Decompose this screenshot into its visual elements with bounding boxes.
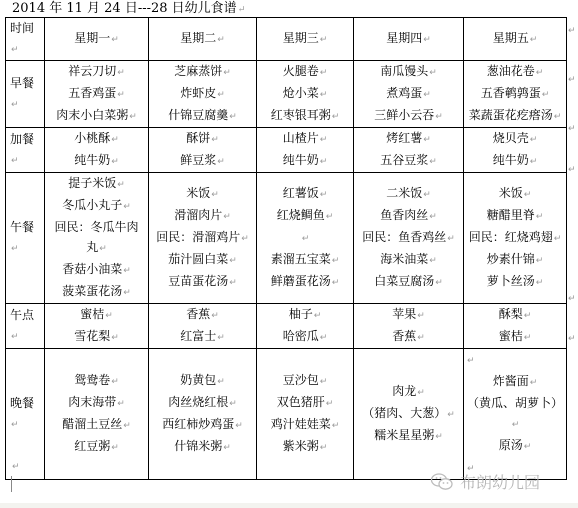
paragraph-mark: ↵ [467, 356, 475, 366]
dish-item: 鱼香肉丝↵ [356, 205, 461, 227]
menu-cell-lunch-wed: 红薯饭↵红烧鲷鱼↵↵素溜五宝菜↵鲜蘑蛋花汤↵ [257, 173, 354, 304]
dish-name: 二米饭 [386, 186, 422, 200]
dish-item: 火腿卷↵ [259, 61, 351, 83]
dish-name: 双色猪肝 [277, 395, 325, 409]
paragraph-mark: ↵ [217, 333, 225, 343]
dish-name: 鲜蘑蛋花汤 [271, 274, 331, 288]
dish-item: 红枣银耳粥↵ [259, 105, 351, 127]
paragraph-mark: ↵ [111, 443, 119, 453]
meal-label: 午点 [10, 308, 34, 322]
dish-name: （黄瓜、胡萝卜） [467, 396, 563, 410]
row-end-mark: ↵ [568, 294, 576, 304]
dish-name: 柚子 [289, 307, 313, 321]
dish-name: 酥饼 [186, 131, 210, 145]
dish-name: 什锦豆腐羹 [168, 108, 228, 122]
dish-item: 素溜五宝菜↵ [259, 249, 351, 271]
dish-name: 肉丝烧红根 [168, 395, 228, 409]
dish-name: 冬瓜小丸子 [62, 198, 122, 212]
paragraph-mark: ↵ [536, 278, 544, 288]
dish-item: 奶黄包↵ [151, 370, 254, 392]
dish-name: 芝麻蒸饼 [174, 64, 222, 78]
menu-cell-afternoon-snack-tue: 香蕉↵红富士↵ [149, 304, 257, 349]
dish-item: 五香鸡蛋↵ [47, 83, 146, 105]
paragraph-mark: ↵ [326, 399, 334, 409]
title-text: 2014 年 11 月 24 日---28 日幼儿食谱 [12, 1, 237, 16]
dish-item: 蜜桔↵ [47, 304, 146, 326]
menu-cell-afternoon-snack-wed: 柚子↵哈密瓜↵ [257, 304, 354, 349]
wechat-icon [430, 472, 454, 492]
dish-name: 纯牛奶 [493, 153, 529, 167]
dish-name: 纯牛奶 [283, 153, 319, 167]
dish-name: 肉龙 [392, 384, 416, 398]
day-header-wed: 星期三↵ [257, 18, 354, 61]
row-end-mark: ↵ [568, 334, 576, 344]
paragraph-mark: ↵ [12, 462, 20, 472]
dish-item: 纯牛奶↵ [466, 150, 564, 172]
dish-name: 酥梨 [499, 307, 523, 321]
paragraph-mark: ↵ [332, 112, 340, 122]
dish-item: 小桃酥↵ [47, 128, 146, 150]
menu-cell-snack-fri: 烧贝壳↵纯牛奶↵ [464, 128, 567, 173]
dish-item: 茄汁圆白菜↵ [151, 249, 254, 271]
dish-name: 蜜桔 [80, 307, 104, 321]
paragraph-mark: ↵ [117, 399, 125, 409]
paragraph-mark: ↵ [217, 157, 225, 167]
meal-row-afternoon-snack: 午点↵蜜桔↵雪花梨↵香蕉↵红富士↵柚子↵哈密瓜↵苹果↵香蕉↵酥梨↵蜜桔↵ [6, 304, 567, 349]
dish-item: 鲜蘑蛋花汤↵ [259, 271, 351, 293]
dish-item: 萝卜丝汤↵ [466, 271, 564, 293]
paragraph-mark: ↵ [423, 190, 431, 200]
menu-cell-lunch-mon: 提子米饭↵冬瓜小丸子↵回民：冬瓜牛肉丸↵香菇小油菜↵菠菜蛋花汤↵ [45, 173, 149, 304]
paragraph-mark: ↵ [129, 112, 137, 122]
menu-cell-snack-thu: 烤红薯↵五谷豆浆↵ [354, 128, 464, 173]
menu-cell-dinner-tue: 奶黄包↵肉丝烧红根↵西红柿炒鸡蛋↵什锦米粥↵ [149, 349, 257, 480]
dish-name: 滑溜肉片 [174, 208, 222, 222]
paragraph-mark: ↵ [417, 388, 425, 398]
dish-item: 冬瓜小丸子↵ [47, 195, 146, 217]
menu-cell-breakfast-tue: 芝麻蒸饼↵炸虾皮↵什锦豆腐羹↵ [149, 61, 257, 128]
paragraph-mark: ↵ [241, 234, 249, 244]
paragraph-mark: ↵ [435, 112, 443, 122]
dish-item: 二米饭↵ [356, 183, 461, 205]
menu-cell-breakfast-fri: 葱油花卷↵五香鹌鹑蛋↵菜蔬蛋花疙瘩汤↵ [464, 61, 567, 128]
dish-item: ↵ [259, 227, 351, 249]
paragraph-mark: ↵ [536, 212, 544, 222]
dish-name: 香菇小油菜 [62, 262, 122, 276]
paragraph-mark: ↵ [235, 421, 243, 431]
dish-name: 鸳鸯卷 [74, 373, 110, 387]
dish-name: 回民：滑溜鸡片 [156, 230, 240, 244]
dish-item: 炝小菜↵ [259, 83, 351, 105]
dish-name: 五谷豆浆 [380, 153, 428, 167]
dish-item: 香蕉↵ [151, 304, 254, 326]
dish-item: 香菇小油菜↵ [47, 259, 146, 281]
dish-item: 滑溜肉片↵ [151, 205, 254, 227]
dish-item: （猪肉、大葱）↵ [356, 403, 461, 425]
paragraph-mark: ↵ [447, 410, 455, 420]
dish-item: 南瓜馒头↵ [356, 61, 461, 83]
dish-item: 糯米星星粥↵ [356, 425, 461, 447]
paragraph-mark: ↵ [417, 333, 425, 343]
paragraph-mark: ↵ [320, 68, 328, 78]
paragraph-mark: ↵ [99, 244, 107, 254]
dish-item: 炒素什锦↵ [466, 249, 564, 271]
dish-item: ↵ [466, 349, 564, 371]
paragraph-mark: ↵ [326, 212, 334, 222]
day-label: 星期三 [283, 31, 319, 45]
text-cursor [11, 476, 12, 492]
dish-item: 糖醋里脊↵ [466, 205, 564, 227]
dish-name: 豆沙包 [283, 373, 319, 387]
paragraph-mark: ↵ [11, 45, 19, 55]
row-end-mark: ↵ [568, 165, 576, 175]
paragraph-mark: ↵ [117, 68, 125, 78]
menu-cell-lunch-tue: 米饭↵滑溜肉片↵回民：滑溜鸡片↵茄汁圆白菜↵豆苗蛋花汤↵ [149, 173, 257, 304]
menu-cell-afternoon-snack-fri: 酥梨↵蜜桔↵ [464, 304, 567, 349]
menu-cell-snack-mon: 小桃酥↵纯牛奶↵ [45, 128, 149, 173]
dish-name: 炝小菜 [283, 86, 319, 100]
dish-name: 五香鹌鹑蛋 [481, 86, 541, 100]
dish-item: 三鲜小云吞↵ [356, 105, 461, 127]
paragraph-mark: ↵ [429, 256, 437, 266]
meal-label: 加餐 [10, 132, 34, 146]
dish-name: 炒素什锦 [487, 252, 535, 266]
paragraph-mark: ↵ [332, 421, 340, 431]
dish-name: 烤红薯 [386, 131, 422, 145]
dish-item: 烧贝壳↵ [466, 128, 564, 150]
menu-cell-lunch-thu: 二米饭↵鱼香肉丝↵回民：鱼香鸡丝↵海米油菜↵白菜豆腐汤↵ [354, 173, 464, 304]
paragraph-mark: ↵ [423, 35, 431, 45]
dish-item: 葱油花卷↵ [466, 61, 564, 83]
dish-name: 南瓜馒头 [380, 64, 428, 78]
dish-name: 三鲜小云吞 [374, 108, 434, 122]
dish-name: 萝卜丝汤 [487, 274, 535, 288]
day-header-thu: 星期四↵ [354, 18, 464, 61]
dish-name: 红薯饭 [283, 186, 319, 200]
dish-item: 山楂片↵ [259, 128, 351, 150]
day-header-mon: 星期一↵ [45, 18, 149, 61]
meal-label: 早餐 [10, 76, 34, 90]
meal-row-breakfast: 早餐↵祥云刀切↵五香鸡蛋↵肉末小白菜粥↵芝麻蒸饼↵炸虾皮↵什锦豆腐羹↵火腿卷↵炝… [6, 61, 567, 128]
paragraph-mark: ↵ [217, 90, 225, 100]
dish-item: 醋溜土豆丝↵ [47, 414, 146, 436]
paragraph-mark: ↵ [554, 112, 562, 122]
watermark-text: 布朗幼儿园 [460, 470, 540, 493]
dish-item: 红富士↵ [151, 326, 254, 348]
dish-name: 回民：冬瓜牛肉丸 [54, 220, 138, 254]
paragraph-mark: ↵ [417, 311, 425, 321]
dish-name: 白菜豆腐汤 [374, 274, 434, 288]
menu-cell-dinner-wed: 豆沙包↵双色猪肝↵鸡汁娃娃菜↵紫米粥↵ [257, 349, 354, 480]
menu-table: 时间↵ 星期一↵ 星期二↵ 星期三↵ 星期四↵ 星期五↵ 早餐↵祥云刀切↵五香鸡… [5, 17, 567, 480]
menu-cell-dinner-mon: 鸳鸯卷↵肉末海带↵醋溜土豆丝↵红豆粥↵ [45, 349, 149, 480]
dish-item: 菜蔬蛋花疙瘩汤↵ [466, 105, 564, 127]
paragraph-mark: ↵ [320, 333, 328, 343]
dish-name: 炸虾皮 [180, 86, 216, 100]
dish-name: 鱼香肉丝 [380, 208, 428, 222]
paragraph-mark: ↵ [11, 420, 19, 430]
paragraph-mark: ↵ [554, 234, 562, 244]
dish-item: 芝麻蒸饼↵ [151, 61, 254, 83]
paragraph-mark: ↵ [429, 68, 437, 78]
dish-name: 红富士 [180, 329, 216, 343]
dish-name: 醋溜土豆丝 [62, 417, 122, 431]
dish-item: 柚子↵ [259, 304, 351, 326]
row-end-mark: ↵ [568, 75, 576, 85]
paragraph-mark: ↵ [117, 90, 125, 100]
dish-item: 苹果↵ [356, 304, 461, 326]
dish-item: 雪花梨↵ [47, 326, 146, 348]
menu-cell-breakfast-wed: 火腿卷↵炝小菜↵红枣银耳粥↵ [257, 61, 354, 128]
dish-item: 西红柿炒鸡蛋↵ [151, 414, 254, 436]
dish-name: 鸡汁娃娃菜 [271, 417, 331, 431]
dish-name: 火腿卷 [283, 64, 319, 78]
dish-name: 红烧鲷鱼 [277, 208, 325, 222]
meal-row-dinner: 晚餐↵鸳鸯卷↵肉末海带↵醋溜土豆丝↵红豆粥↵奶黄包↵肉丝烧红根↵西红柿炒鸡蛋↵什… [6, 349, 567, 480]
dish-name: 五香鸡蛋 [68, 86, 116, 100]
dish-name: 原汤 [499, 438, 523, 452]
dish-name: 素溜五宝菜 [271, 252, 331, 266]
dish-name: 香蕉 [186, 307, 210, 321]
meal-label-cell: 早餐↵ [6, 61, 45, 128]
dish-name: 海米油菜 [380, 252, 428, 266]
paragraph-mark: ↵ [447, 234, 455, 244]
paragraph-mark: ↵ [229, 256, 237, 266]
dish-item: 红烧鲷鱼↵ [259, 205, 351, 227]
menu-cell-breakfast-thu: 南瓜馒头↵煮鸡蛋↵三鲜小云吞↵ [354, 61, 464, 128]
dish-item: 米饭↵ [151, 183, 254, 205]
dish-name: 哈密瓜 [283, 329, 319, 343]
dish-name: 雪花梨 [74, 329, 110, 343]
dish-item: 鸡汁娃娃菜↵ [259, 414, 351, 436]
paragraph-mark: ↵ [542, 90, 550, 100]
paragraph-mark: ↵ [123, 288, 131, 298]
dish-name: 提子米饭 [68, 176, 116, 190]
dish-name: 炸酱面 [493, 374, 529, 388]
paragraph-mark: ↵ [111, 377, 119, 387]
paragraph-mark: ↵ [11, 332, 19, 342]
dish-name: 肉末海带 [68, 395, 116, 409]
dish-name: 紫米粥 [283, 439, 319, 453]
dish-name: 豆苗蛋花汤 [168, 274, 228, 288]
dish-item: 原汤↵ [466, 435, 564, 457]
paragraph-mark: ↵ [117, 180, 125, 190]
header-row: 时间↵ 星期一↵ 星期二↵ 星期三↵ 星期四↵ 星期五↵ [6, 18, 567, 61]
paragraph-mark: ↵ [111, 333, 119, 343]
dish-name: 西红柿炒鸡蛋 [162, 417, 234, 431]
dish-name: 糯米星星粥 [374, 428, 434, 442]
menu-cell-snack-tue: 酥饼↵鲜豆浆↵ [149, 128, 257, 173]
menu-cell-afternoon-snack-mon: 蜜桔↵雪花梨↵ [45, 304, 149, 349]
dish-item: 炸虾皮↵ [151, 83, 254, 105]
watermark: 布朗幼儿园 [430, 470, 540, 493]
paragraph-mark: ↵ [320, 157, 328, 167]
time-header-cell: 时间↵ [6, 18, 45, 61]
paragraph-mark: ↵ [536, 256, 544, 266]
dish-item: 红薯饭↵ [259, 183, 351, 205]
dish-item: 什锦米粥↵ [151, 436, 254, 458]
dish-name: 苹果 [392, 307, 416, 321]
paragraph-mark: ↵ [111, 157, 119, 167]
day-label: 星期五 [493, 31, 529, 45]
dish-item: 什锦豆腐羹↵ [151, 105, 254, 127]
paragraph-mark: ↵ [332, 278, 340, 288]
dish-name: 糖醋里脊 [487, 208, 535, 222]
paragraph-mark: ↵ [11, 100, 19, 110]
paragraph-mark: ↵ [217, 377, 225, 387]
dish-item: 肉末小白菜粥↵ [47, 105, 146, 127]
paragraph-mark: ↵ [536, 68, 544, 78]
dish-item: 米饭↵ [466, 183, 564, 205]
dish-item: 红豆粥↵ [47, 436, 146, 458]
meal-label-cell: 午餐↵ [6, 173, 45, 304]
paragraph-mark: ↵ [320, 377, 328, 387]
dish-name: （猪肉、大葱） [362, 406, 446, 420]
paragraph-mark: ↵ [11, 156, 19, 166]
paragraph-mark: ↵ [223, 212, 231, 222]
paragraph-mark: ↵ [238, 5, 246, 15]
paragraph-mark: ↵ [320, 443, 328, 453]
dish-item: 烤红薯↵ [356, 128, 461, 150]
dish-item: 蜜桔↵ [466, 326, 564, 348]
paragraph-mark: ↵ [423, 90, 431, 100]
dish-item: 白菜豆腐汤↵ [356, 271, 461, 293]
paragraph-mark: ↵ [332, 256, 340, 266]
paragraph-mark: ↵ [435, 278, 443, 288]
paragraph-mark: ↵ [524, 190, 532, 200]
meal-label-cell: 晚餐↵ [6, 349, 45, 480]
dish-name: 鲜豆浆 [180, 153, 216, 167]
meal-label: 午餐 [10, 220, 34, 234]
paragraph-mark: ↵ [530, 135, 538, 145]
paragraph-mark: ↵ [111, 135, 119, 145]
paragraph-mark: ↵ [105, 311, 113, 321]
dish-name: 祥云刀切 [68, 64, 116, 78]
paragraph-mark: ↵ [11, 244, 19, 254]
paragraph-mark: ↵ [229, 399, 237, 409]
paragraph-mark: ↵ [524, 311, 532, 321]
dish-name: 菠菜蛋花汤 [62, 284, 122, 298]
dish-name: 山楂片 [283, 131, 319, 145]
time-header-label: 时间 [10, 21, 34, 35]
dish-name: 蜜桔 [499, 329, 523, 343]
paragraph-mark: ↵ [111, 35, 119, 45]
row-end-mark: ↵ [568, 124, 576, 134]
dish-item: 鸳鸯卷↵ [47, 370, 146, 392]
meal-label: 晚餐 [10, 396, 34, 410]
dish-item: 肉龙↵ [356, 381, 461, 403]
paragraph-mark: ↵ [429, 157, 437, 167]
dish-name: 香蕉 [392, 329, 416, 343]
day-header-fri: 星期五↵ [464, 18, 567, 61]
paragraph-mark: ↵ [423, 135, 431, 145]
dish-name: 奶黄包 [180, 373, 216, 387]
dish-name: 米饭 [186, 186, 210, 200]
paragraph-mark: ↵ [530, 157, 538, 167]
dish-item: 炸酱面↵ [466, 371, 564, 393]
day-header-tue: 星期二↵ [149, 18, 257, 61]
paragraph-mark: ↵ [320, 35, 328, 45]
dish-name: 烧贝壳 [493, 131, 529, 145]
paragraph-mark: ↵ [530, 378, 538, 388]
dish-item: 豆苗蛋花汤↵ [151, 271, 254, 293]
dish-item: 酥饼↵ [151, 128, 254, 150]
dish-item: 鲜豆浆↵ [151, 150, 254, 172]
paragraph-mark: ↵ [320, 135, 328, 145]
dish-item: （黄瓜、胡萝卜）↵ [466, 393, 564, 435]
dish-item: 纯牛奶↵ [47, 150, 146, 172]
dish-item: 五香鹌鹑蛋↵ [466, 83, 564, 105]
dish-name: 茄汁圆白菜 [168, 252, 228, 266]
paragraph-mark: ↵ [211, 135, 219, 145]
paragraph-mark: ↵ [524, 442, 532, 452]
dish-item: 五谷豆浆↵ [356, 150, 461, 172]
dish-name: 小桃酥 [74, 131, 110, 145]
dish-name: 米饭 [499, 186, 523, 200]
meal-row-lunch: 午餐↵提子米饭↵冬瓜小丸子↵回民：冬瓜牛肉丸↵香菇小油菜↵菠菜蛋花汤↵米饭↵滑溜… [6, 173, 567, 304]
dish-item: 回民：鱼香鸡丝↵ [356, 227, 461, 249]
dish-item: 肉末海带↵ [47, 392, 146, 414]
paragraph-mark: ↵ [229, 278, 237, 288]
dish-item: 海米油菜↵ [356, 249, 461, 271]
menu-cell-snack-wed: 山楂片↵纯牛奶↵ [257, 128, 354, 173]
meal-label-cell: 午点↵ [6, 304, 45, 349]
paragraph-mark: ↵ [512, 420, 520, 430]
dish-item: 肉丝烧红根↵ [151, 392, 254, 414]
paragraph-mark: ↵ [223, 443, 231, 453]
bottom-edge [0, 503, 578, 508]
dish-name: 回民：鱼香鸡丝 [362, 230, 446, 244]
dish-name: 葱油花卷 [487, 64, 535, 78]
paragraph-mark: ↵ [429, 212, 437, 222]
day-label: 星期四 [386, 31, 422, 45]
paragraph-mark: ↵ [524, 333, 532, 343]
menu-cell-breakfast-mon: 祥云刀切↵五香鸡蛋↵肉末小白菜粥↵ [45, 61, 149, 128]
dish-item: 回民：滑溜鸡片↵ [151, 227, 254, 249]
meal-label-cell: 加餐↵ [6, 128, 45, 173]
menu-cell-lunch-fri: 米饭↵糖醋里脊↵回民：红烧鸡翅↵炒素什锦↵萝卜丝汤↵ [464, 173, 567, 304]
paragraph-mark: ↵ [229, 112, 237, 122]
day-label: 星期一 [74, 31, 110, 45]
paragraph-mark: ↵ [211, 311, 219, 321]
dish-item: 回民：冬瓜牛肉丸↵ [47, 217, 146, 259]
paragraph-mark: ↵ [314, 311, 322, 321]
dish-name: 纯牛奶 [74, 153, 110, 167]
paragraph-mark: ↵ [223, 68, 231, 78]
paragraph-mark: ↵ [123, 266, 131, 276]
paragraph-mark: ↵ [211, 190, 219, 200]
dish-item: 提子米饭↵ [47, 173, 146, 195]
dish-item: 豆沙包↵ [259, 370, 351, 392]
dish-item: 香蕉↵ [356, 326, 461, 348]
row-end-mark: ↵ [568, 26, 576, 36]
dish-item: 纯牛奶↵ [259, 150, 351, 172]
dish-name: 红枣银耳粥 [271, 108, 331, 122]
menu-cell-dinner-thu: 肉龙↵（猪肉、大葱）↵糯米星星粥↵ [354, 349, 464, 480]
meal-row-snack: 加餐↵小桃酥↵纯牛奶↵酥饼↵鲜豆浆↵山楂片↵纯牛奶↵烤红薯↵五谷豆浆↵烧贝壳↵纯… [6, 128, 567, 173]
paragraph-mark: ↵ [123, 421, 131, 431]
dish-name: 煮鸡蛋 [386, 86, 422, 100]
paragraph-mark: ↵ [123, 202, 131, 212]
paragraph-mark: ↵ [302, 234, 310, 244]
paragraph-mark: ↵ [217, 35, 225, 45]
dish-item: 双色猪肝↵ [259, 392, 351, 414]
dish-item: 菠菜蛋花汤↵ [47, 281, 146, 303]
dish-name: 回民：红烧鸡翅 [469, 230, 553, 244]
paragraph-mark: ↵ [435, 432, 443, 442]
day-label: 星期二 [180, 31, 216, 45]
menu-cell-dinner-fri: ↵炸酱面↵（黄瓜、胡萝卜）↵原汤↵↵ [464, 349, 567, 480]
